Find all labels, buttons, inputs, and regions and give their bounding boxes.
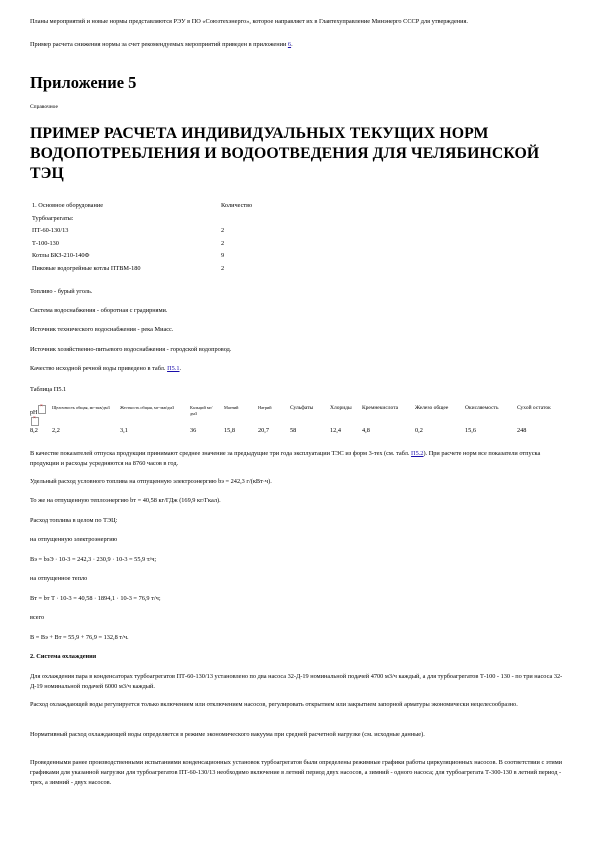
table-cell: 15,8	[224, 427, 235, 434]
heat-label: на отпущенное тепло	[30, 574, 570, 584]
total-formula: В = Вэ + Вт = 55,9 + 76,9 = 132,8 т/ч.	[30, 633, 570, 643]
table-header: Железо общее	[415, 405, 463, 411]
table-header: Магний	[224, 405, 254, 411]
fuel-fact: Топливо - бурый уголь.	[30, 287, 570, 297]
intro-paragraph-1: Планы мероприятий и новые нормы представ…	[30, 17, 570, 27]
table-header: Жесткость общая, мг-экв/дм3	[120, 405, 184, 411]
equipment-header-qty: Количество	[221, 202, 252, 209]
cooling-paragraph-4: Проведенными ранее производственными исп…	[30, 758, 570, 788]
electricity-formula: Вэ = bэЭ · 10-3 = 242,3 · 230,9 · 10-3 =…	[30, 555, 570, 565]
table-cell: 36	[190, 427, 196, 434]
table-cell: 4,8	[362, 427, 370, 434]
heat-formula: Вт = bт T · 10-3 = 40,58 · 1894,1 · 10-3…	[30, 594, 570, 604]
appendix-reference-label: Справочное	[30, 104, 58, 110]
table-header: Сульфаты	[290, 405, 326, 411]
cooling-paragraph-3: Нормативный расход охлаждающей воды опре…	[30, 730, 570, 740]
water-supply-system-fact: Система водоснабжения - оборотная с град…	[30, 306, 570, 316]
table-cell: 15,6	[465, 427, 476, 434]
specific-fuel-electricity: Удельный расход условного топлива на отп…	[30, 477, 570, 487]
broken-image-icon	[31, 417, 39, 426]
table-header: Щелочность общая, мг-экв/дм3	[52, 405, 116, 411]
water-quality-paragraph: Качество исходной речной воды приведено …	[30, 364, 570, 374]
table-cell: 2,2	[52, 427, 60, 434]
document-page: Планы мероприятий и новые нормы представ…	[0, 0, 595, 842]
water-quality-table: pH Щелочность общая, мг-экв/дм3 Жесткост…	[30, 402, 570, 438]
equipment-qty: 2	[221, 227, 224, 234]
table-cell: 0,2	[415, 427, 423, 434]
table-cell: 248	[517, 427, 526, 434]
table-p5-2-link[interactable]: П5.2	[411, 450, 423, 457]
table-header: Сухой остаток	[517, 405, 569, 411]
table-cell: 58	[290, 427, 296, 434]
drinking-water-source-fact: Источник хозяйственно-питьевого водоснаб…	[30, 345, 570, 355]
electricity-label: на отпущенную электроэнергию	[30, 535, 570, 545]
appendix-heading: Приложение 5	[30, 73, 136, 93]
water-quality-text: Качество исходной речной воды приведено …	[30, 365, 167, 372]
table-header: Окисляемость	[465, 405, 515, 411]
equipment-name: Пиковые водогрейные котлы ПТВМ-180	[32, 265, 141, 272]
table-cell: 3,1	[120, 427, 128, 434]
equipment-qty: 2	[221, 265, 224, 272]
equipment-qty: 9	[221, 252, 224, 259]
table-cell: 8,2	[30, 427, 38, 434]
table-header: Кальций мг/дм3	[190, 405, 218, 417]
table-p5-1-caption: Таблица П5.1	[30, 386, 66, 393]
table-cell: 20,7	[258, 427, 269, 434]
table-header: Хлориды	[330, 405, 362, 411]
technical-water-source-fact: Источник технического водоснабжения - ре…	[30, 325, 570, 335]
equipment-name: ПТ-60-130/13	[32, 227, 68, 234]
cooling-system-heading: 2. Система охлаждения	[30, 652, 570, 662]
production-indicators-paragraph: В качестве показателей отпуска продукции…	[30, 449, 570, 469]
table-p5-1-link[interactable]: П5.1	[167, 365, 179, 372]
production-indicators-text: В качестве показателей отпуска продукции…	[30, 450, 411, 457]
intro-paragraph-2-text: Пример расчета снижения нормы за счет ре…	[30, 41, 288, 48]
specific-fuel-heat: То же на отпущенную теплоэнергию bт = 40…	[30, 496, 570, 506]
cooling-paragraph-1: Для охлаждения пара в конденсаторах турб…	[30, 672, 570, 692]
equipment-qty: 2	[221, 240, 224, 247]
broken-image-icon	[38, 405, 46, 414]
water-quality-end: .	[179, 365, 181, 372]
fuel-consumption-label: Расход топлива в целом по ТЭЦ:	[30, 516, 570, 526]
intro-paragraph-2: Пример расчета снижения нормы за счет ре…	[30, 40, 570, 50]
table-cell: 12,4	[330, 427, 341, 434]
cooling-paragraph-2: Расход охлаждающей воды регулируется тол…	[30, 700, 570, 710]
equipment-name: Котлы БКЗ-210-140Ф	[32, 252, 90, 259]
document-title: ПРИМЕР РАСЧЕТА ИНДИВИДУАЛЬНЫХ ТЕКУЩИХ НО…	[30, 124, 550, 184]
equipment-header-name: 1. Основное оборудование	[32, 202, 103, 209]
intro-paragraph-2-end: .	[291, 41, 293, 48]
equipment-name: Т-100-130	[32, 240, 59, 247]
table-header: Натрий	[258, 405, 288, 411]
total-label: всего	[30, 613, 570, 623]
table-header: Кремнекислота	[362, 405, 414, 411]
equipment-name: Турбоагрегаты:	[32, 215, 73, 222]
